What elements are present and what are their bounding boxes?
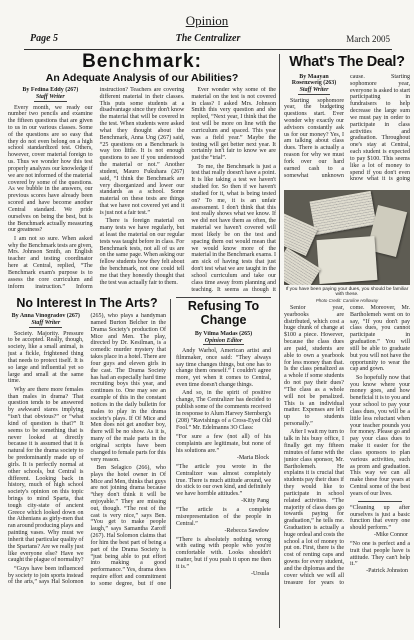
reader-comment: “The article is a complete misrepresenta… bbox=[176, 507, 271, 527]
paper-name: The Centralizer bbox=[24, 33, 392, 44]
article-paragraph: Andy Warhol, American artist and filmmak… bbox=[176, 348, 271, 389]
comment-attribution: -Kitty Pang bbox=[176, 498, 269, 504]
comment-attribution: -Rebecca Sawdow bbox=[176, 528, 269, 534]
article-benchmark: Benchmark: An Adequate Analysis of our A… bbox=[8, 52, 276, 295]
benchmark-byline-role: Staff Writer bbox=[8, 94, 93, 102]
reader-comment: “Cleaning up after ourselves is just a b… bbox=[350, 505, 410, 532]
reader-comment: “No one is perfect and a trait that peop… bbox=[350, 541, 410, 568]
newspaper-page: Opinion Page 5 The Centralizer March 200… bbox=[0, 0, 414, 640]
issue-date: March 2005 bbox=[346, 34, 390, 44]
comment-attribution: -Patrick Johnston bbox=[350, 568, 408, 574]
benchmark-subhead: An Adequate Analysis of our Abilities? bbox=[8, 72, 276, 84]
article-paragraph: There is foreign material on many tests … bbox=[100, 218, 185, 286]
arts-headline: No Interest In The Arts? bbox=[8, 297, 166, 310]
deal-body-top: By Maayan Rosenzweig (263) Staff Writer … bbox=[284, 74, 410, 186]
photo-caption: If you have been paying your dues, you s… bbox=[284, 287, 410, 299]
receipt-paper bbox=[310, 191, 377, 235]
photo-credit: Photo Credit: Caroline Holloway bbox=[284, 298, 410, 303]
comments-divider bbox=[358, 501, 402, 502]
dues-receipts-photo bbox=[284, 190, 410, 285]
refusing-body: By Vilma Madas (265) Opinion Editor Andy… bbox=[176, 331, 271, 623]
benchmark-byline: By Fedina Eddy (267) bbox=[8, 87, 93, 93]
arts-byline-role: Staff Writer bbox=[8, 320, 84, 328]
refusing-headline: Refusing To Change bbox=[176, 297, 271, 328]
receipt-paper bbox=[317, 236, 378, 284]
article-paragraph: Society. Majority. Pressure to be accept… bbox=[8, 331, 84, 386]
refusing-byline: By Vilma Madas (265) bbox=[176, 331, 271, 337]
benchmark-headline: Benchmark: bbox=[8, 52, 276, 71]
column-divider-arts-refusing bbox=[170, 299, 171, 589]
reader-comment: “There is absolutely nothing wrong with … bbox=[176, 537, 271, 571]
article-refusing: Refusing To Change By Vilma Madas (265) … bbox=[176, 297, 271, 623]
column-divider-main bbox=[279, 54, 280, 628]
section-title: Opinion bbox=[0, 13, 414, 29]
article-paragraph: Why are there more females than males in… bbox=[8, 387, 84, 565]
comment-attribution: -Ursula bbox=[176, 571, 269, 577]
article-paragraph: Every month, we ready our number two pen… bbox=[8, 105, 93, 235]
arts-byline: By Anna Vinogradov (267) bbox=[8, 313, 84, 319]
deal-body-bottom: Senior year, yearbooks are distributed, … bbox=[284, 305, 410, 587]
deal-headline: What's The Deal? bbox=[284, 54, 410, 70]
comment-attribution: -Maria Block bbox=[176, 455, 269, 461]
arts-body: By Anna Vinogradov (267) Staff Writer So… bbox=[8, 313, 166, 589]
article-paragraph: And so, in the spirit of positive change… bbox=[176, 390, 271, 431]
reader-comment: “The article you wrote in the Centralize… bbox=[176, 464, 271, 498]
masthead: Page 5 The Centralizer March 2005 bbox=[24, 33, 392, 46]
reader-comment: “For sure a few (not all) of his complai… bbox=[176, 434, 271, 454]
article-deal: What's The Deal? By Maayan Rosenzweig (2… bbox=[284, 54, 410, 587]
article-paragraph: So hopefully now that you know where you… bbox=[350, 375, 410, 498]
refusing-byline-role: Opinion Editor bbox=[176, 338, 271, 346]
deal-byline: By Maayan Rosenzweig (263) bbox=[284, 74, 344, 86]
article-paragraph: Ever wonder why some of the material on … bbox=[191, 87, 276, 162]
article-arts: No Interest In The Arts? By Anna Vinogra… bbox=[8, 297, 166, 589]
article-paragraph: Senior year, yearbooks are distributed, … bbox=[284, 305, 344, 428]
deal-byline-role: Staff Writer bbox=[284, 87, 344, 95]
comment-attribution: -Mike Connor bbox=[350, 532, 408, 538]
masthead-rule bbox=[24, 49, 392, 50]
benchmark-body: By Fedina Eddy (267) Staff Writer Every … bbox=[8, 87, 276, 295]
